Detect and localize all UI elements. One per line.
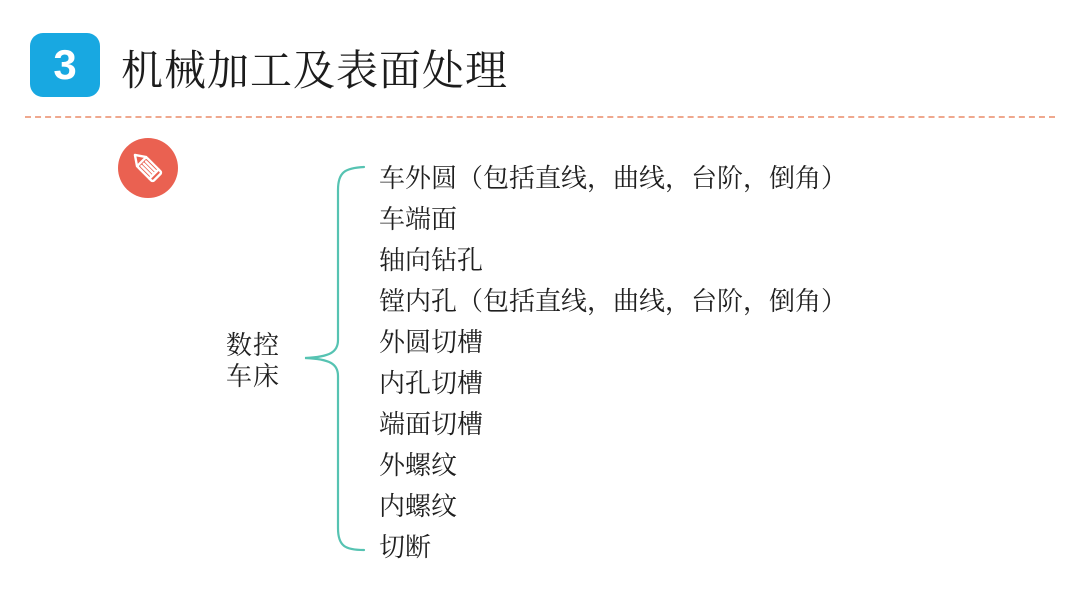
list-item: 外圆切槽 (379, 320, 847, 361)
list-item: 内螺纹 (379, 484, 847, 525)
slide: 3 机械加工及表面处理 数控 车床 车外圆（包括直线，曲线，台阶，倒角）车端面轴… (0, 0, 1080, 608)
list-item: 端面切槽 (379, 402, 847, 443)
list-item: 车外圆（包括直线，曲线，台阶，倒角） (379, 156, 847, 197)
curly-brace (300, 162, 370, 556)
section-number: 3 (53, 41, 76, 89)
list-item: 切断 (379, 525, 847, 566)
section-number-badge: 3 (30, 33, 100, 97)
list-item: 轴向钻孔 (379, 238, 847, 279)
root-label-line-2: 车床 (226, 361, 280, 392)
pencil-icon (118, 138, 178, 198)
list-item: 镗内孔（包括直线，曲线，台阶，倒角） (379, 279, 847, 320)
root-label-line-1: 数控 (226, 330, 280, 361)
page-title: 机械加工及表面处理 (121, 38, 508, 98)
list-item: 车端面 (379, 197, 847, 238)
list-item: 内孔切槽 (379, 361, 847, 402)
lathe-operations-list: 车外圆（包括直线，曲线，台阶，倒角）车端面轴向钻孔镗内孔（包括直线，曲线，台阶，… (379, 156, 847, 566)
dashed-divider (25, 116, 1055, 118)
list-item: 外螺纹 (379, 443, 847, 484)
diagram-root-label: 数控 车床 (226, 330, 280, 392)
